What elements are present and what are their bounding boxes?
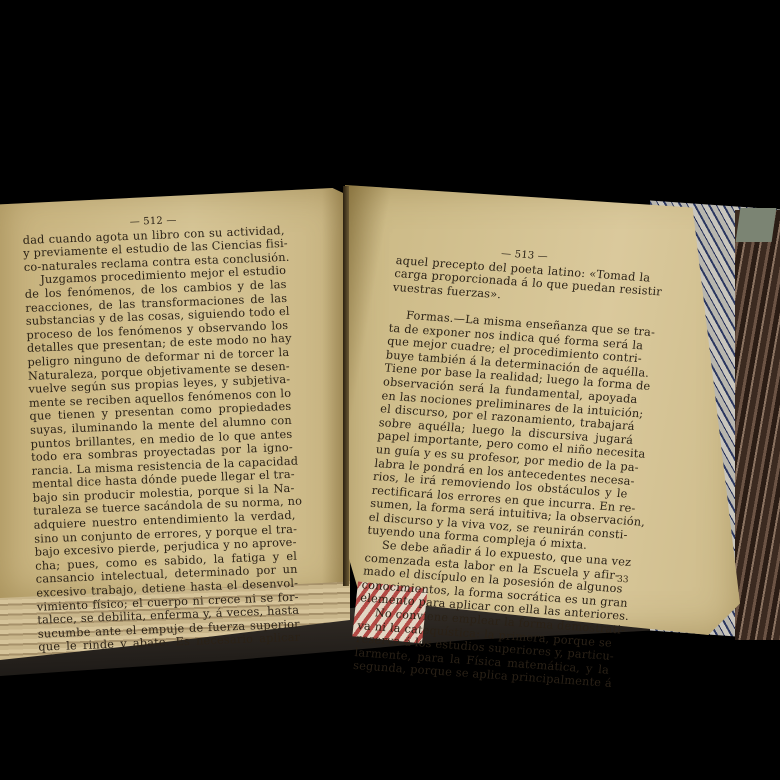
right-page-text: — 513 — aquel precepto del poeta latino:… — [353, 240, 653, 691]
marbled-cover-edge — [735, 210, 780, 640]
left-page-text: — 512 — dad cuando agota un libro con su… — [22, 210, 301, 655]
folio-signature: 33 — [617, 575, 629, 586]
photo-scene: — 512 — dad cuando agota un libro con su… — [0, 0, 780, 780]
book-gutter — [343, 186, 349, 586]
cover-corner — [736, 208, 777, 242]
